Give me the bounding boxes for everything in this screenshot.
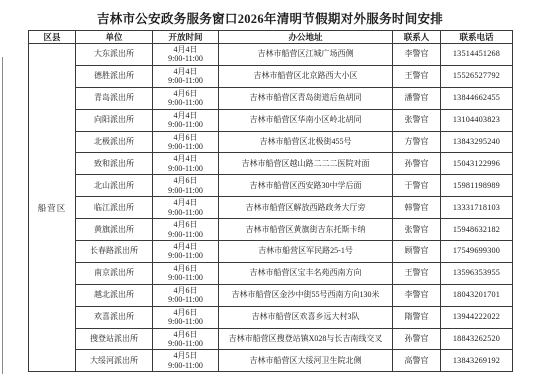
district-cell: 船营区 (29, 44, 76, 372)
contact-cell: 张警官 (393, 219, 441, 241)
phone-cell: 18843262520 (441, 328, 513, 350)
time-cell: 4月4日9:00-11:00 (153, 65, 219, 87)
phone-cell: 15043122996 (441, 153, 513, 175)
open-date: 4月6日 (154, 264, 217, 274)
table-row: 致和派出所4月4日9:00-11:00吉林市船营区越山路二二二医院对面孙警官15… (29, 153, 513, 175)
open-hours: 9:00-11:00 (154, 230, 217, 240)
open-date: 4月4日 (154, 45, 217, 55)
open-date: 4月4日 (154, 67, 217, 77)
unit-cell: 大东派出所 (76, 44, 153, 66)
time-cell: 4月6日9:00-11:00 (153, 219, 219, 241)
unit-cell: 欢喜派出所 (76, 306, 153, 328)
table-row: 北极派出所4月6日9:00-11:00吉林市船营区北极街455号方警官13843… (29, 131, 513, 153)
time-cell: 4月4日9:00-11:00 (153, 197, 219, 219)
unit-cell: 向阳派出所 (76, 109, 153, 131)
time-cell: 4月5日9:00-11:00 (153, 350, 219, 372)
contact-cell: 顾警官 (393, 241, 441, 263)
phone-cell: 13331718103 (441, 197, 513, 219)
open-hours: 9:00-11:00 (154, 251, 217, 261)
open-hours: 9:00-11:00 (154, 339, 217, 349)
time-cell: 4月4日9:00-11:00 (153, 109, 219, 131)
time-cell: 4月4日9:00-11:00 (153, 241, 219, 263)
phone-cell: 15981198989 (441, 175, 513, 197)
unit-cell: 德胜派出所 (76, 65, 153, 87)
open-hours: 9:00-11:00 (154, 317, 217, 327)
contact-cell: 孙警官 (393, 328, 441, 350)
address-cell: 吉林市船营区军民路25-1号 (219, 241, 393, 263)
header-district: 区县 (29, 31, 76, 44)
address-cell: 吉林市船营区搜登站镇X028与长吉南线交叉 (219, 328, 393, 350)
time-cell: 4月6日9:00-11:00 (153, 87, 219, 109)
open-hours: 9:00-11:00 (154, 208, 217, 218)
contact-cell: 王警官 (393, 65, 441, 87)
time-cell: 4月6日9:00-11:00 (153, 284, 219, 306)
contact-cell: 潘警官 (393, 87, 441, 109)
address-cell: 吉林市船营区黄旗街吉东托斯卡纳 (219, 219, 393, 241)
table-row: 临江派出所4月4日9:00-11:00吉林市船营区解放西路政务大厅旁韩警官133… (29, 197, 513, 219)
address-cell: 吉林市船营区金沙中街55号西南方向130米 (219, 284, 393, 306)
address-cell: 吉林市船营区西安路30中学后面 (219, 175, 393, 197)
table-row: 向阳派出所4月4日9:00-11:00吉林市船营区华南小区岭北胡同张警官1310… (29, 109, 513, 131)
table-row: 船营区大东派出所4月4日9:00-11:00吉林市船营区江城广场西侧李警官135… (29, 44, 513, 66)
phone-cell: 15948632182 (441, 219, 513, 241)
open-hours: 9:00-11:00 (154, 76, 217, 86)
open-date: 4月5日 (154, 351, 217, 361)
open-date: 4月6日 (154, 89, 217, 99)
contact-cell: 王警官 (393, 262, 441, 284)
time-cell: 4月6日9:00-11:00 (153, 262, 219, 284)
header-contact: 联系人 (393, 31, 441, 44)
header-address: 办公地址 (219, 31, 393, 44)
phone-cell: 15526527792 (441, 65, 513, 87)
phone-cell: 13944222022 (441, 306, 513, 328)
header-row: 区县 单位 开放时间 办公地址 联系人 联系电话 (29, 31, 513, 44)
page-edge-line (2, 57, 3, 374)
header-unit: 单位 (76, 31, 153, 44)
table-row: 德胜派出所4月4日9:00-11:00吉林市船营区北京路西大小区王警官15526… (29, 65, 513, 87)
phone-cell: 13104403823 (441, 109, 513, 131)
address-cell: 吉林市船营区北极街455号 (219, 131, 393, 153)
unit-cell: 北山派出所 (76, 175, 153, 197)
open-date: 4月6日 (154, 176, 217, 186)
schedule-table: 区县 单位 开放时间 办公地址 联系人 联系电话 船营区大东派出所4月4日9:0… (28, 30, 513, 372)
open-date: 4月6日 (154, 286, 217, 296)
phone-cell: 13514451268 (441, 44, 513, 66)
contact-cell: 孙警官 (393, 153, 441, 175)
contact-cell: 于警官 (393, 175, 441, 197)
table-row: 青岛派出所4月6日9:00-11:00吉林市船营区青岛街道后鱼胡同潘警官1384… (29, 87, 513, 109)
table-row: 长春路派出所4月4日9:00-11:00吉林市船营区军民路25-1号顾警官175… (29, 241, 513, 263)
phone-cell: 13596353955 (441, 262, 513, 284)
open-date: 4月4日 (154, 242, 217, 252)
open-hours: 9:00-11:00 (154, 295, 217, 305)
contact-cell: 韩警官 (393, 197, 441, 219)
address-cell: 吉林市船营区欢喜乡远大村3队 (219, 306, 393, 328)
open-date: 4月6日 (154, 220, 217, 230)
address-cell: 吉林市船营区北京路西大小区 (219, 65, 393, 87)
phone-cell: 13843295240 (441, 131, 513, 153)
open-hours: 9:00-11:00 (154, 164, 217, 174)
time-cell: 4月6日9:00-11:00 (153, 328, 219, 350)
phone-cell: 13844662455 (441, 87, 513, 109)
contact-cell: 张警官 (393, 109, 441, 131)
open-hours: 9:00-11:00 (154, 273, 217, 283)
table-body: 船营区大东派出所4月4日9:00-11:00吉林市船营区江城广场西侧李警官135… (29, 44, 513, 372)
time-cell: 4月6日9:00-11:00 (153, 175, 219, 197)
address-cell: 吉林市船营区江城广场西侧 (219, 44, 393, 66)
time-cell: 4月6日9:00-11:00 (153, 306, 219, 328)
open-date: 4月6日 (154, 330, 217, 340)
time-cell: 4月6日9:00-11:00 (153, 131, 219, 153)
contact-cell: 李警官 (393, 44, 441, 66)
open-date: 4月4日 (154, 198, 217, 208)
open-hours: 9:00-11:00 (154, 120, 217, 130)
header-phone: 联系电话 (441, 31, 513, 44)
open-date: 4月6日 (154, 308, 217, 318)
table-header: 区县 单位 开放时间 办公地址 联系人 联系电话 (29, 31, 513, 44)
contact-cell: 方警官 (393, 131, 441, 153)
unit-cell: 大绥河派出所 (76, 350, 153, 372)
address-cell: 吉林市船营区大绥河卫生院北侧 (219, 350, 393, 372)
unit-cell: 越北派出所 (76, 284, 153, 306)
open-hours: 9:00-11:00 (154, 361, 217, 371)
open-hours: 9:00-11:00 (154, 54, 217, 64)
unit-cell: 搜登站派出所 (76, 328, 153, 350)
address-cell: 吉林市船营区解放西路政务大厅旁 (219, 197, 393, 219)
open-date: 4月4日 (154, 154, 217, 164)
unit-cell: 临江派出所 (76, 197, 153, 219)
table-row: 北山派出所4月6日9:00-11:00吉林市船营区西安路30中学后面于警官159… (29, 175, 513, 197)
page-title: 吉林市公安政务服务窗口2026年清明节假期对外服务时间安排 (28, 9, 512, 27)
open-hours: 9:00-11:00 (154, 98, 217, 108)
address-cell: 吉林市船营区青岛街道后鱼胡同 (219, 87, 393, 109)
table-row: 南京派出所4月6日9:00-11:00吉林市船营区宝丰名苑西南方向王警官1359… (29, 262, 513, 284)
open-date: 4月4日 (154, 111, 217, 121)
contact-cell: 高警官 (393, 350, 441, 372)
time-cell: 4月4日9:00-11:00 (153, 44, 219, 66)
table-row: 搜登站派出所4月6日9:00-11:00吉林市船营区搜登站镇X028与长吉南线交… (29, 328, 513, 350)
phone-cell: 18043201701 (441, 284, 513, 306)
contact-cell: 隋警官 (393, 306, 441, 328)
phone-cell: 17549699300 (441, 241, 513, 263)
open-hours: 9:00-11:00 (154, 142, 217, 152)
contact-cell: 李警官 (393, 284, 441, 306)
unit-cell: 黄旗派出所 (76, 219, 153, 241)
table-row: 大绥河派出所4月5日9:00-11:00吉林市船营区大绥河卫生院北侧高警官138… (29, 350, 513, 372)
address-cell: 吉林市船营区华南小区岭北胡同 (219, 109, 393, 131)
open-hours: 9:00-11:00 (154, 186, 217, 196)
phone-cell: 13843269192 (441, 350, 513, 372)
unit-cell: 南京派出所 (76, 262, 153, 284)
table-row: 欢喜派出所4月6日9:00-11:00吉林市船营区欢喜乡远大村3队隋警官1394… (29, 306, 513, 328)
unit-cell: 致和派出所 (76, 153, 153, 175)
unit-cell: 青岛派出所 (76, 87, 153, 109)
open-date: 4月6日 (154, 133, 217, 143)
unit-cell: 北极派出所 (76, 131, 153, 153)
table-row: 越北派出所4月6日9:00-11:00吉林市船营区金沙中街55号西南方向130米… (29, 284, 513, 306)
table-row: 黄旗派出所4月6日9:00-11:00吉林市船营区黄旗街吉东托斯卡纳张警官159… (29, 219, 513, 241)
header-open-time: 开放时间 (153, 31, 219, 44)
address-cell: 吉林市船营区宝丰名苑西南方向 (219, 262, 393, 284)
address-cell: 吉林市船营区越山路二二二医院对面 (219, 153, 393, 175)
unit-cell: 长春路派出所 (76, 241, 153, 263)
time-cell: 4月4日9:00-11:00 (153, 153, 219, 175)
